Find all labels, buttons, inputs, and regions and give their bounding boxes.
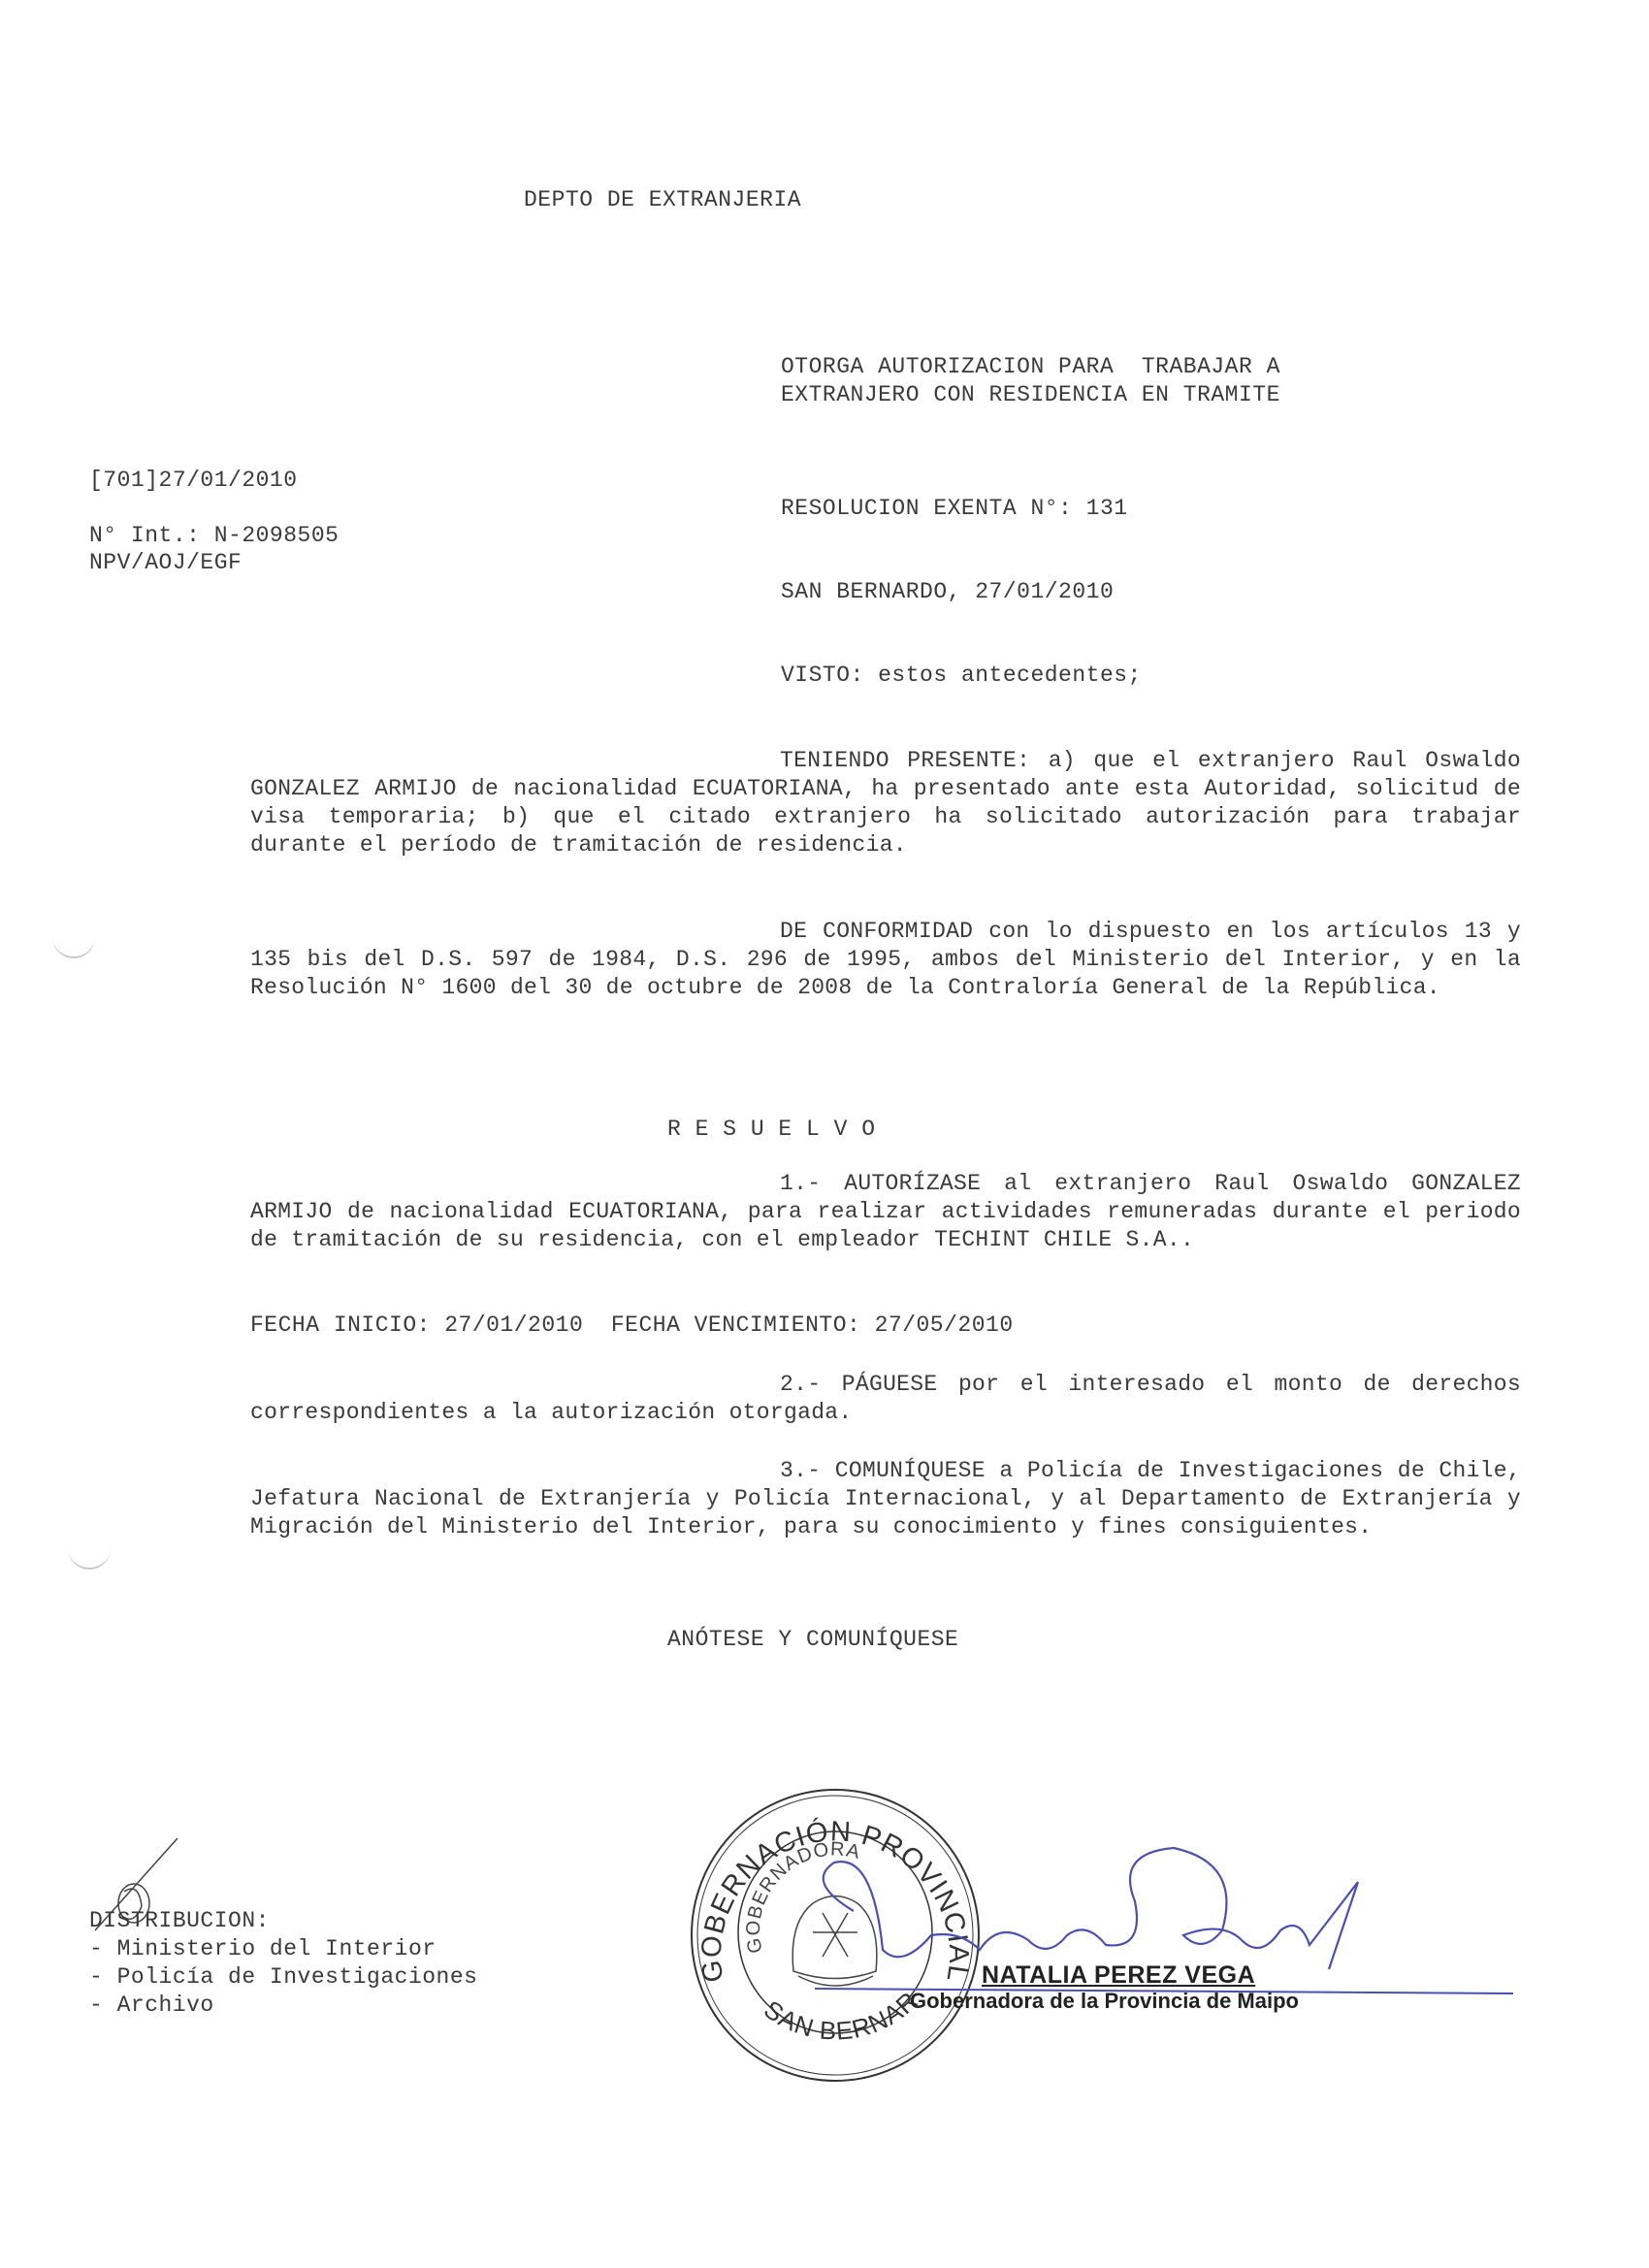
item-1-text: 1.- AUTORÍZASE al extranjero Raul Oswald… [250, 1171, 1521, 1252]
subject-line-1: OTORGA AUTORIZACION PARA TRABAJAR A [781, 353, 1280, 381]
resuelvo-heading: R E S U E L V O [667, 1116, 876, 1144]
department-heading: DEPTO DE EXTRANJERIA [524, 186, 801, 214]
teniendo-presente-text: TENIENDO PRESENTE: a) que el extranjero … [250, 748, 1521, 858]
closing-line: ANÓTESE Y COMUNÍQUESE [667, 1626, 958, 1654]
distribution-title: DISTRIBUCION: [89, 1907, 270, 1935]
punch-hole-mark [52, 933, 95, 958]
reference-date: [701]27/01/2010 [89, 467, 298, 495]
dates-line: FECHA INICIO: 27/01/2010 FECHA VENCIMIEN… [250, 1312, 1014, 1340]
distribution-item: - Ministerio del Interior [89, 1935, 436, 1963]
place-date: SAN BERNARDO, 27/01/2010 [781, 578, 1114, 606]
signatory-name: NATALIA PEREZ VEGA [982, 1961, 1255, 1990]
de-conformidad-paragraph: DE CONFORMIDAD con lo dispuesto en los a… [250, 918, 1521, 1002]
internal-number: N° Int.: N-2098505 [89, 522, 339, 550]
visto-line: VISTO: estos antecedentes; [781, 662, 1142, 690]
initials-code: NPV/AOJ/EGF [89, 549, 242, 577]
distribution-item: - Archivo [89, 1992, 214, 2020]
signatory-role: Gobernadora de la Provincia de Maipo [910, 1989, 1299, 2014]
item-3-paragraph: 3.- COMUNÍQUESE a Policía de Investigaci… [250, 1457, 1521, 1541]
resolution-number: RESOLUCION EXENTA N°: 131 [781, 495, 1128, 523]
teniendo-presente-paragraph: TENIENDO PRESENTE: a) que el extranjero … [250, 747, 1521, 859]
item-1-paragraph: 1.- AUTORÍZASE al extranjero Raul Oswald… [250, 1170, 1521, 1254]
de-conformidad-text: DE CONFORMIDAD con lo dispuesto en los a… [250, 919, 1521, 1000]
punch-hole-mark [68, 1544, 111, 1570]
item-3-text: 3.- COMUNÍQUESE a Policía de Investigaci… [250, 1458, 1521, 1539]
item-2-text: 2.- PÁGUESE por el interesado el monto d… [250, 1372, 1521, 1425]
subject-line-2: EXTRANJERO CON RESIDENCIA EN TRAMITE [781, 381, 1280, 409]
distribution-item: - Policía de Investigaciones [89, 1963, 477, 1992]
item-2-paragraph: 2.- PÁGUESE por el interesado el monto d… [250, 1371, 1521, 1427]
